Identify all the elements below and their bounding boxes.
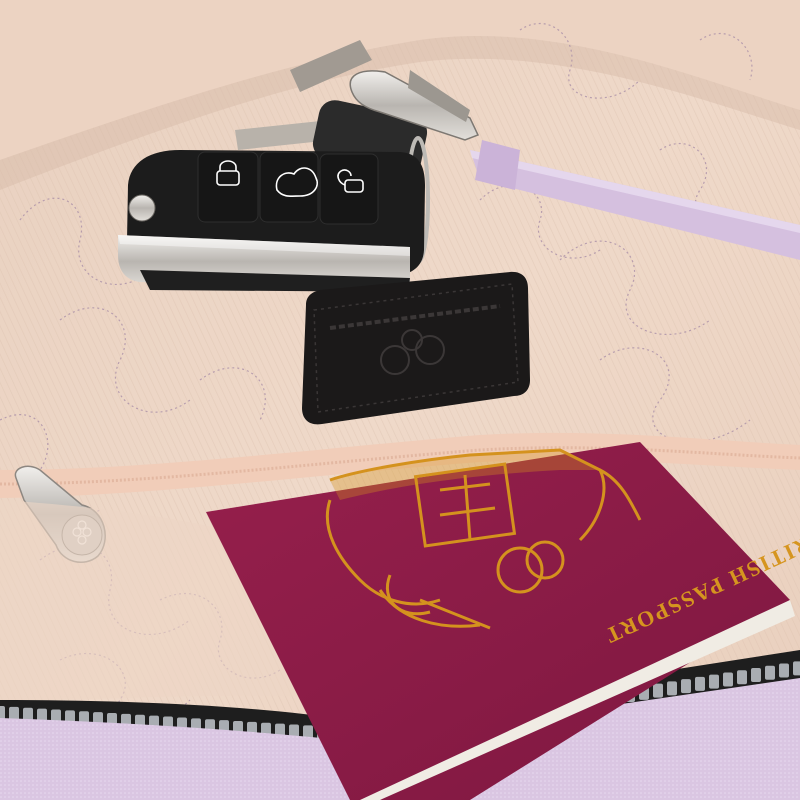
bag-illustration: BRITISH PASSPORT xyxy=(0,0,800,800)
car-key-fob xyxy=(118,150,425,292)
fob-release-button xyxy=(129,195,155,221)
fob-button-lock xyxy=(198,152,258,222)
fob-button-trunk xyxy=(260,152,318,222)
fob-button-unlock xyxy=(320,154,378,224)
bag-photo: BRITISH PASSPORT xyxy=(0,0,800,800)
